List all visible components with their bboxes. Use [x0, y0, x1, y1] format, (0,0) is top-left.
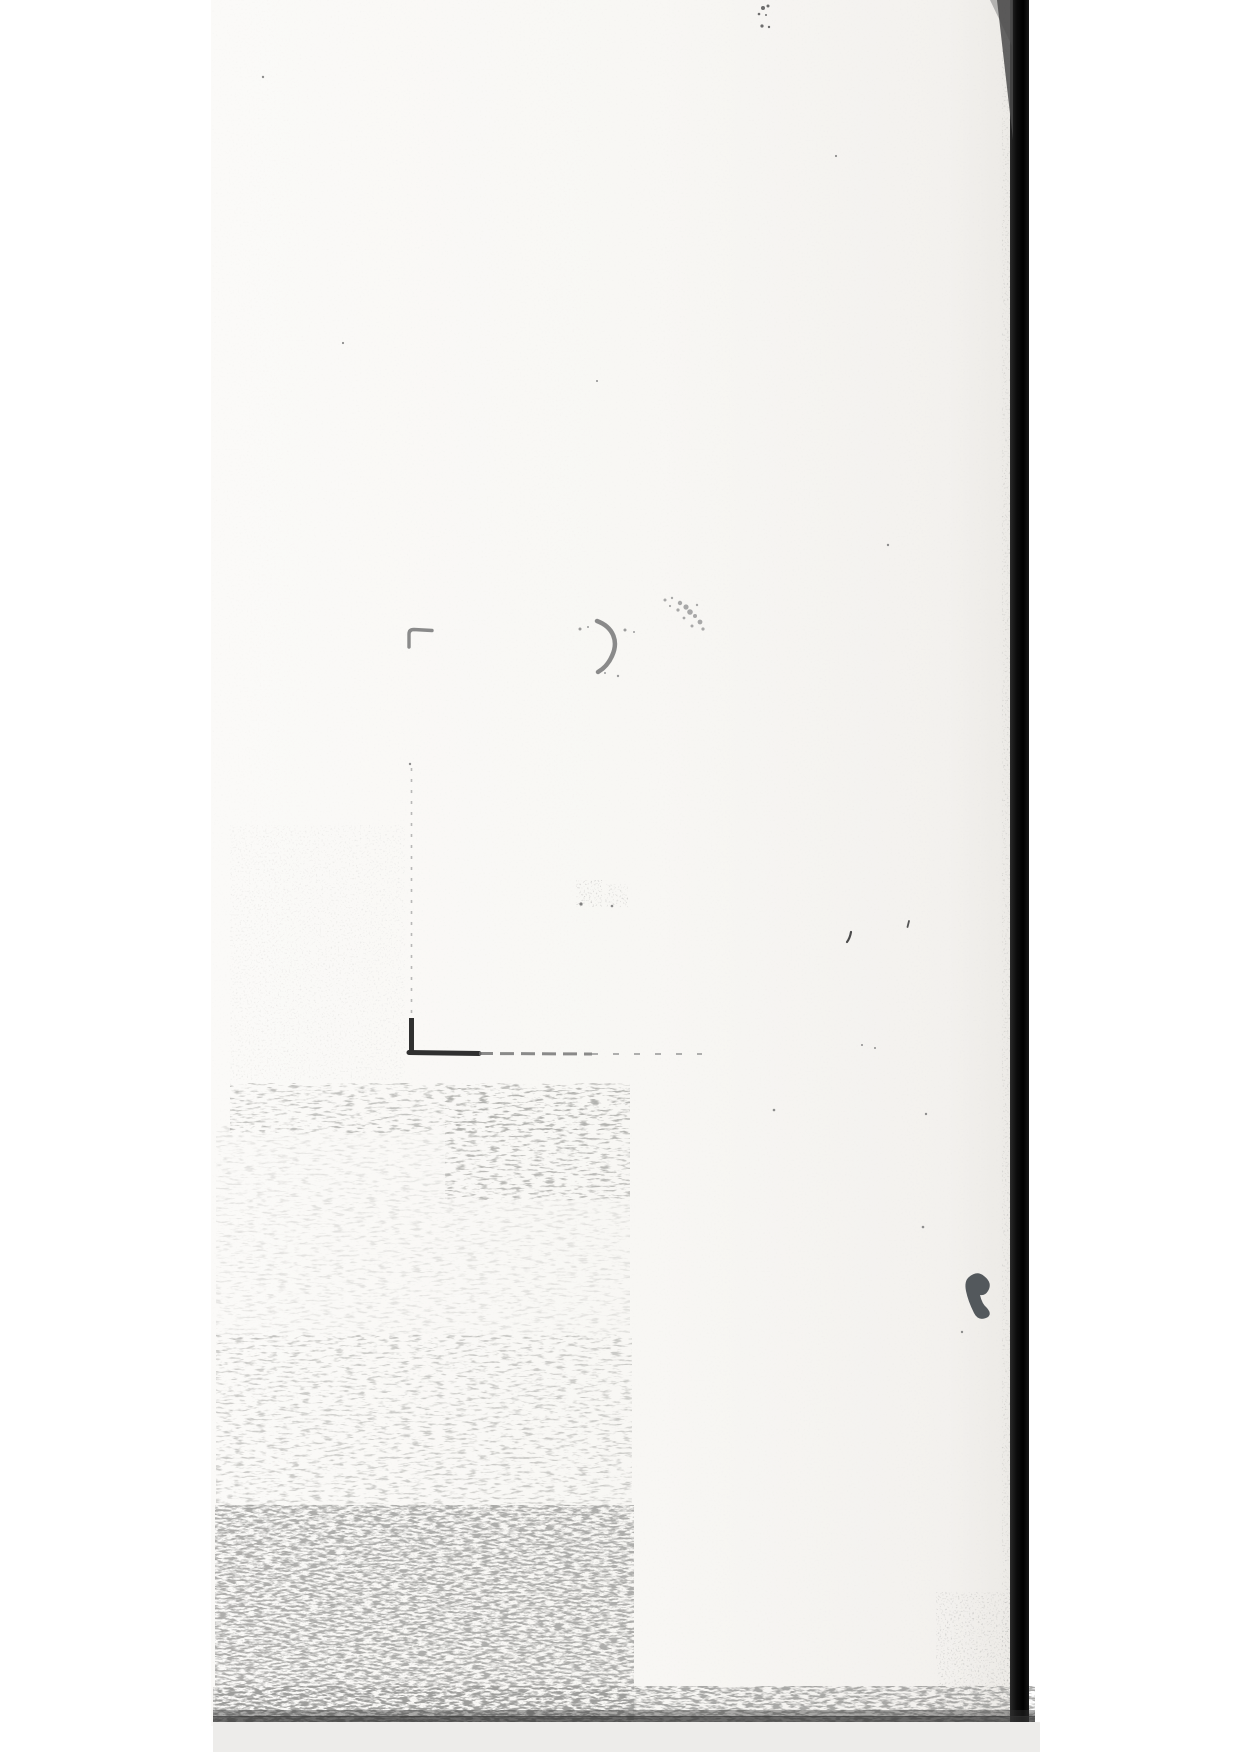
spine-shadow-bar — [1010, 0, 1029, 1726]
below-page-strip — [213, 1722, 1040, 1752]
scan-canvas — [0, 0, 1240, 1752]
paper-sheet — [211, 0, 1012, 1726]
